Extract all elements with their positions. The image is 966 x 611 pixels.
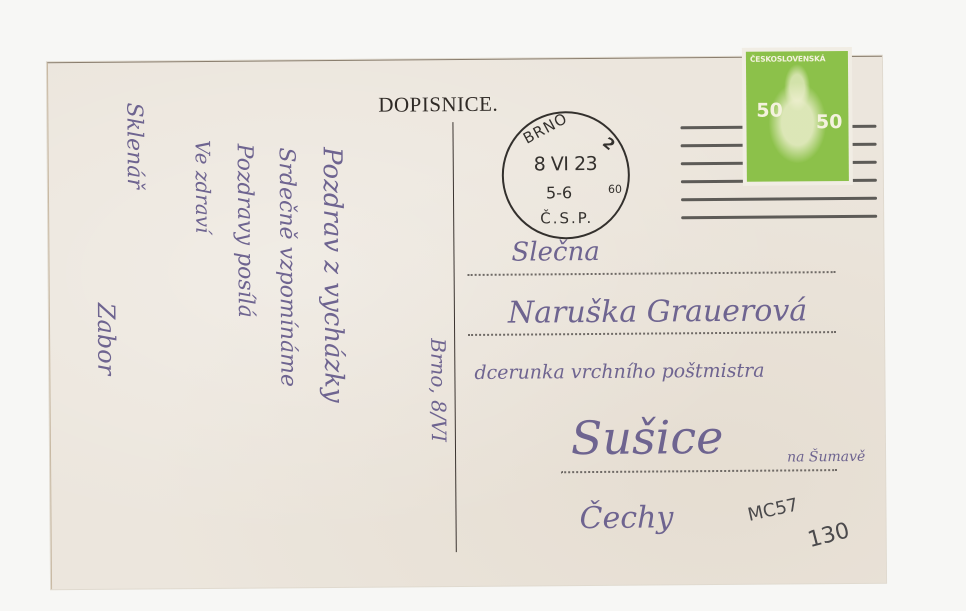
pencil-note-catalog: MC57 — [746, 494, 800, 526]
stamp-value-left: 50 — [756, 100, 783, 122]
postmark-date: 8 VI 23 — [534, 153, 598, 175]
message-line: Ve zdraví — [191, 140, 216, 234]
stamp-country: ČESKOSLOVENSKÁ — [750, 54, 825, 64]
address-region: Čechy — [579, 500, 673, 536]
address-line — [468, 331, 836, 336]
address-line — [468, 271, 836, 276]
postage-stamp: ČESKOSLOVENSKÁ 50 50 — [742, 47, 853, 186]
postcard: DOPISNICE. BRNO 2 8 VI 23 5-6 60 Č.S.P. … — [47, 56, 886, 590]
card-title: DOPISNICE. — [378, 92, 498, 118]
center-divider — [452, 122, 456, 552]
address-line — [561, 469, 837, 473]
postmark-city: BRNO — [520, 109, 571, 148]
postmark-code: 60 — [608, 183, 622, 196]
postmark-office: 2 — [599, 134, 619, 155]
postmark-time: 5-6 — [546, 183, 572, 202]
address-title: dcerunka vrchního poštmistra — [474, 360, 764, 384]
address-city: Sušice — [571, 410, 724, 465]
address-name: Naruška Grauerová — [508, 293, 808, 330]
pencil-note-price: 130 — [805, 518, 852, 553]
address-salutation: Slečna — [511, 237, 600, 268]
message-line: Pozdravy posílá — [232, 144, 258, 318]
message-line: Srdečně vzpomínáme — [274, 147, 301, 387]
address-city-suffix: na Šumavě — [787, 449, 865, 466]
postmark-country: Č.S.P. — [540, 209, 593, 227]
message-signature: Sklenář — [121, 103, 147, 189]
postmark: BRNO 2 8 VI 23 5-6 60 Č.S.P. — [501, 111, 630, 240]
message-signature: Zabor — [92, 303, 121, 375]
message-line: Pozdrav z vycházky — [317, 147, 349, 403]
stamp-value-right: 50 — [816, 111, 843, 133]
stamp-image: ČESKOSLOVENSKÁ 50 50 — [746, 51, 849, 182]
message-place-date: Brno, 8/VI — [426, 338, 451, 442]
